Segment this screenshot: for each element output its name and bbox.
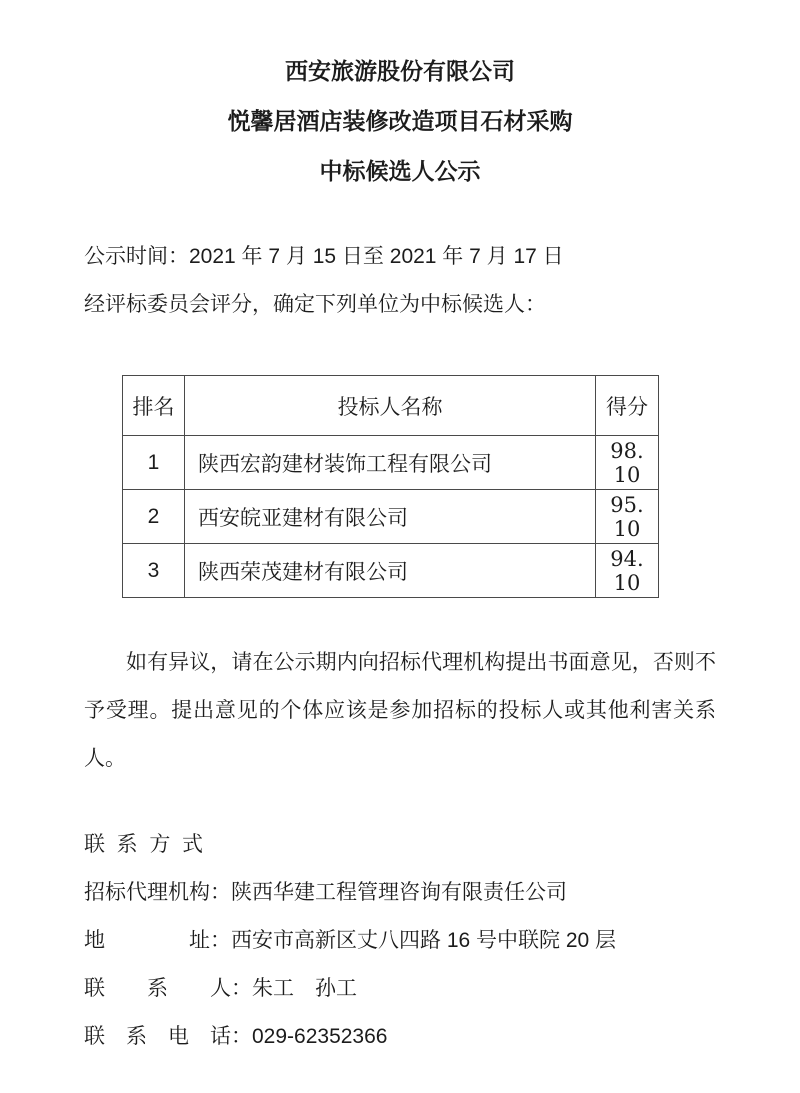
bid-results-table: 排名 投标人名称 得分 1 陕西宏韵建材装饰工程有限公司 98. 10 2 西安… (122, 375, 659, 598)
contact-label-phone: 联 系 电 话： (84, 1025, 252, 1048)
objection-paragraph: 如有异议，请在公示期内向招标代理机构提出书面意见，否则不予受理。提出意见的个体应… (84, 639, 716, 783)
document-page: 西安旅游股份有限公司 悦馨居酒店装修改造项目石材采购 中标候选人公示 公示时间：… (0, 0, 800, 1093)
contact-label-person: 联 系 人： (84, 977, 252, 1000)
contact-heading: 联 系 方 式 (84, 821, 716, 869)
page-title-announcement: 中标候选人公示 (84, 146, 716, 196)
table-row: 1 陕西宏韵建材装饰工程有限公司 98. 10 (123, 436, 659, 490)
table-header-bidder: 投标人名称 (185, 376, 596, 436)
table-row: 3 陕西荣茂建材有限公司 94. 10 (123, 544, 659, 598)
contact-block: 联 系 方 式 招标代理机构：陕西华建工程管理咨询有限责任公司 地 址：西安市高… (84, 821, 716, 1061)
contact-item-phone: 联 系 电 话：029-62352366 (84, 1013, 716, 1061)
contact-item-address: 地 址：西安市高新区丈八四路 16 号中联院 20 层 (84, 917, 716, 965)
rank-cell: 2 (123, 490, 185, 544)
title-block: 西安旅游股份有限公司 悦馨居酒店装修改造项目石材采购 中标候选人公示 (84, 46, 716, 196)
score-cell: 94. 10 (596, 544, 659, 598)
table-header-rank: 排名 (123, 376, 185, 436)
contact-label-address: 地 址： (84, 929, 231, 952)
evaluation-note-text: 经评标委员会评分，确定下列单位为中标候选人： (84, 281, 716, 329)
contact-value-agency: 陕西华建工程管理咨询有限责任公司 (231, 881, 567, 904)
score-cell: 95. 10 (596, 490, 659, 544)
contact-value-person: 朱工 孙工 (252, 977, 357, 1000)
table-header-row: 排名 投标人名称 得分 (123, 376, 659, 436)
table-header-score: 得分 (596, 376, 659, 436)
page-title-project: 悦馨居酒店装修改造项目石材采购 (84, 96, 716, 146)
bidder-name-cell: 西安皖亚建材有限公司 (185, 490, 596, 544)
bidder-name-cell: 陕西宏韵建材装饰工程有限公司 (185, 436, 596, 490)
page-title-company: 西安旅游股份有限公司 (84, 46, 716, 96)
rank-cell: 3 (123, 544, 185, 598)
contact-item-person: 联 系 人：朱工 孙工 (84, 965, 716, 1013)
publicity-period-text: 公示时间：2021 年 7 月 15 日至 2021 年 7 月 17 日 (84, 233, 716, 281)
bidder-name-cell: 陕西荣茂建材有限公司 (185, 544, 596, 598)
contact-item-agency: 招标代理机构：陕西华建工程管理咨询有限责任公司 (84, 869, 716, 917)
rank-cell: 1 (123, 436, 185, 490)
table-row: 2 西安皖亚建材有限公司 95. 10 (123, 490, 659, 544)
contact-value-address: 西安市高新区丈八四路 16 号中联院 20 层 (231, 929, 616, 952)
score-cell: 98. 10 (596, 436, 659, 490)
document-content: 西安旅游股份有限公司 悦馨居酒店装修改造项目石材采购 中标候选人公示 公示时间：… (0, 0, 800, 1061)
contact-label-agency: 招标代理机构： (84, 881, 231, 904)
intro-block: 公示时间：2021 年 7 月 15 日至 2021 年 7 月 17 日 经评… (84, 233, 716, 329)
contact-value-phone: 029-62352366 (252, 1025, 387, 1048)
